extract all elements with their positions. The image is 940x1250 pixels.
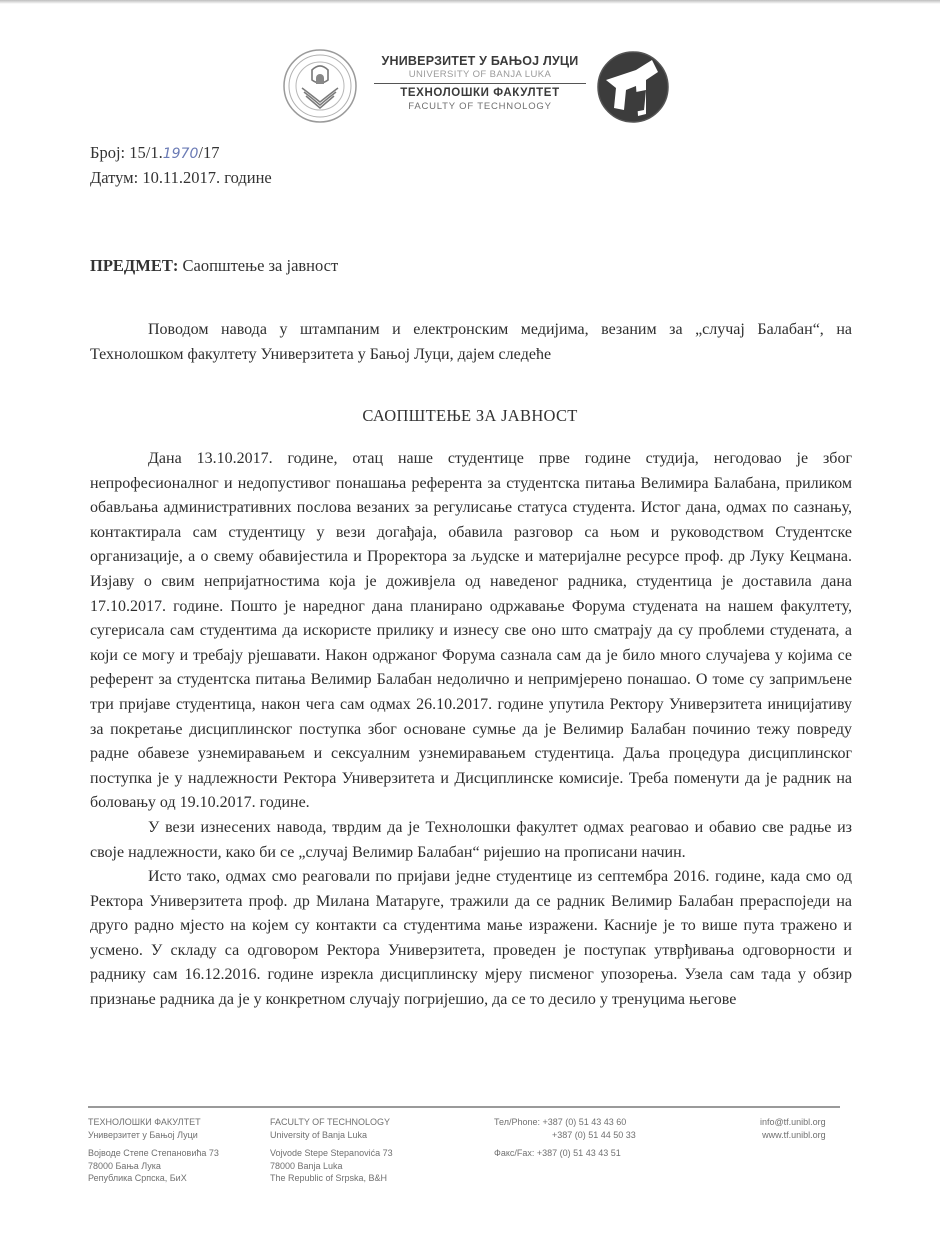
handwritten-number: 1970	[163, 146, 199, 162]
footer-contact-online: info@tf.unibl.org www.tf.unibl.org	[760, 1116, 826, 1141]
letterhead-divider	[374, 83, 586, 84]
university-name-cyrillic: УНИВЕРЗИТЕТ У БАЊОЈ ЛУЦИ	[374, 54, 586, 68]
statement-title: САОПШТЕЊЕ ЗА ЈАВНОСТ	[0, 406, 940, 426]
letterhead-text: УНИВЕРЗИТЕТ У БАЊОЈ ЛУЦИ UNIVERSITY OF B…	[374, 54, 586, 112]
footer-country-lat: The Republic of Srpska, B&H	[270, 1172, 393, 1185]
university-name-latin: UNIVERSITY OF BANJA LUKA	[374, 69, 586, 80]
subject-text: Саопштење за јавност	[178, 256, 338, 275]
reference-number-label: Број: 15/1.	[90, 143, 163, 162]
university-seal-icon	[282, 48, 358, 124]
paragraph-3: Исто тако, одмах смо реаговали по пријав…	[90, 865, 852, 1013]
footer-faculty-lat: FACULTY OF TECHNOLOGY	[270, 1116, 393, 1129]
letterhead: УНИВЕРЗИТЕТ У БАЊОЈ ЛУЦИ UNIVERSITY OF B…	[282, 46, 672, 126]
intro-text: Поводом навода у штампаним и електронски…	[90, 318, 852, 367]
website-link[interactable]: www.tf.unibl.org	[760, 1129, 826, 1142]
subject-label: ПРЕДМЕТ:	[90, 256, 178, 275]
footer-address-latin: FACULTY OF TECHNOLOGY University of Banj…	[270, 1116, 393, 1185]
reference-number: Број: 15/1.1970/17	[90, 141, 272, 166]
footer-city-lat: 78000 Banja Luka	[270, 1160, 393, 1173]
footer-divider	[88, 1106, 840, 1108]
faculty-logo-icon	[596, 50, 670, 124]
footer-contact-phones: Тел/Phone: +387 (0) 51 43 43 60 +387 (0)…	[494, 1116, 636, 1160]
footer-country-cyr: Република Српска, БиХ	[88, 1172, 219, 1185]
phone-label: Тел/Phone:	[494, 1117, 540, 1127]
scan-edge-shadow	[0, 0, 940, 4]
faculty-name-latin: FACULTY OF TECHNOLOGY	[374, 101, 586, 112]
document-meta: Број: 15/1.1970/17 Датум: 10.11.2017. го…	[90, 141, 272, 190]
intro-paragraph: Поводом навода у штампаним и електронски…	[90, 318, 852, 367]
footer-street-cyr: Војводе Степе Степановића 73	[88, 1147, 219, 1160]
footer-street-lat: Vojvode Stepe Stepanovića 73	[270, 1147, 393, 1160]
footer-city-cyr: 78000 Бања Лука	[88, 1160, 219, 1173]
footer-university-lat: University of Banja Luka	[270, 1129, 393, 1142]
reference-number-suffix: /17	[198, 143, 219, 162]
faculty-name-cyrillic: ТЕХНОЛОШКИ ФАКУЛТЕТ	[374, 87, 586, 99]
fax-label: Факс/Fax:	[494, 1148, 534, 1158]
phone-number-2: +387 (0) 51 44 50 33	[494, 1129, 636, 1142]
paragraph-1: Дана 13.10.2017. године, отац наше студе…	[90, 447, 852, 816]
fax-number: +387 (0) 51 43 43 51	[537, 1148, 621, 1158]
statement-body: Дана 13.10.2017. године, отац наше студе…	[90, 447, 852, 1013]
phone-number-1: +387 (0) 51 43 43 60	[543, 1117, 627, 1127]
email-link[interactable]: info@tf.unibl.org	[760, 1116, 826, 1129]
subject-line: ПРЕДМЕТ: Саопштење за јавност	[90, 256, 338, 276]
footer-faculty-cyr: ТЕХНОЛОШКИ ФАКУЛТЕТ	[88, 1116, 219, 1129]
footer-university-cyr: Универзитет у Бањој Луци	[88, 1129, 219, 1142]
document-date: Датум: 10.11.2017. године	[90, 166, 272, 190]
paragraph-2: У вези изнесених навода, тврдим да је Те…	[90, 816, 852, 865]
footer-address-cyrillic: ТЕХНОЛОШКИ ФАКУЛТЕТ Универзитет у Бањој …	[88, 1116, 219, 1185]
letter-footer: ТЕХНОЛОШКИ ФАКУЛТЕТ Универзитет у Бањој …	[88, 1106, 858, 1116]
